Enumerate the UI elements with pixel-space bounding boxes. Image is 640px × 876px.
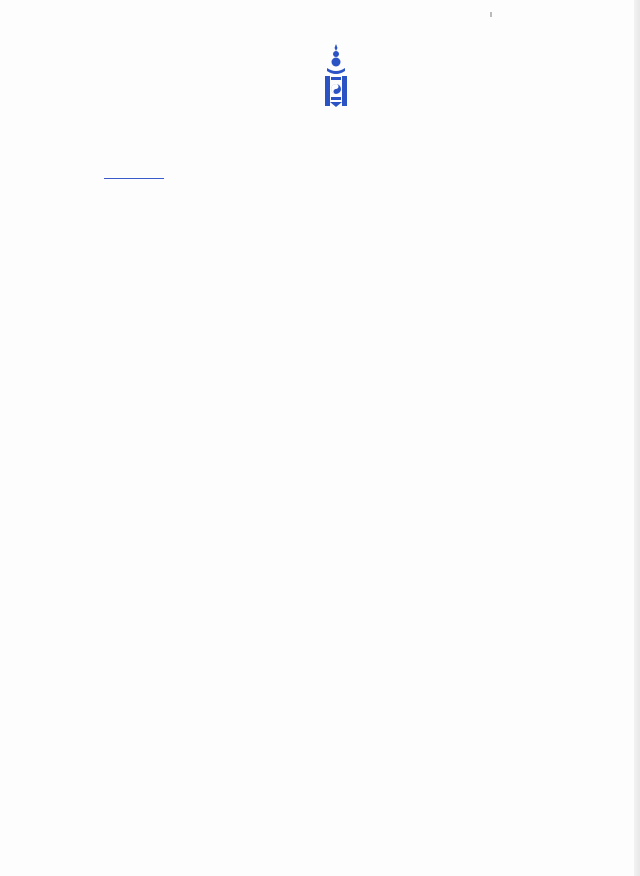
- date-line: [0, 178, 640, 196]
- soyombo-emblem-icon: [324, 44, 348, 114]
- scan-edge: [634, 0, 640, 876]
- scan-speck: [490, 12, 492, 17]
- date-year: [104, 178, 164, 179]
- order-document-page: [0, 0, 640, 876]
